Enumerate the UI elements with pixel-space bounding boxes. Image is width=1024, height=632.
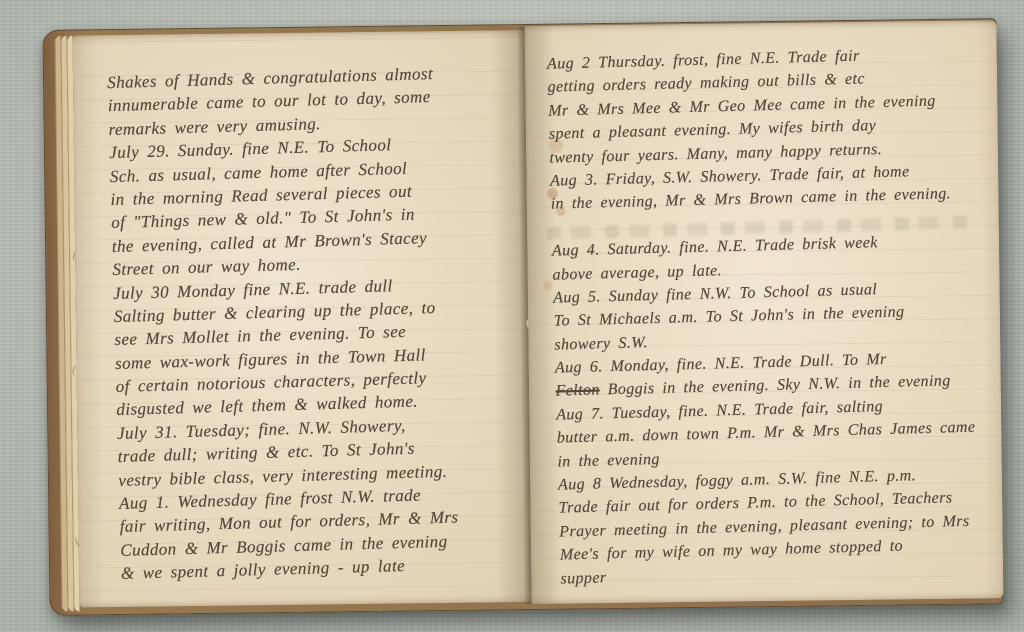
right-page: Aug 2 Thursday. frost, fine N.E. Trade f… bbox=[524, 20, 1003, 604]
photo-background: Shakes of Hands & congratulations almost… bbox=[0, 0, 1024, 632]
right-page-text: Aug 2 Thursday. frost, fine N.E. Trade f… bbox=[547, 44, 1005, 593]
left-page: Shakes of Hands & congratulations almost… bbox=[73, 30, 532, 607]
left-page-text: Shakes of Hands & congratulations almost… bbox=[107, 62, 527, 588]
struck-out-word: Felton bbox=[555, 382, 600, 400]
diary-book: Shakes of Hands & congratulations almost… bbox=[42, 12, 1011, 620]
